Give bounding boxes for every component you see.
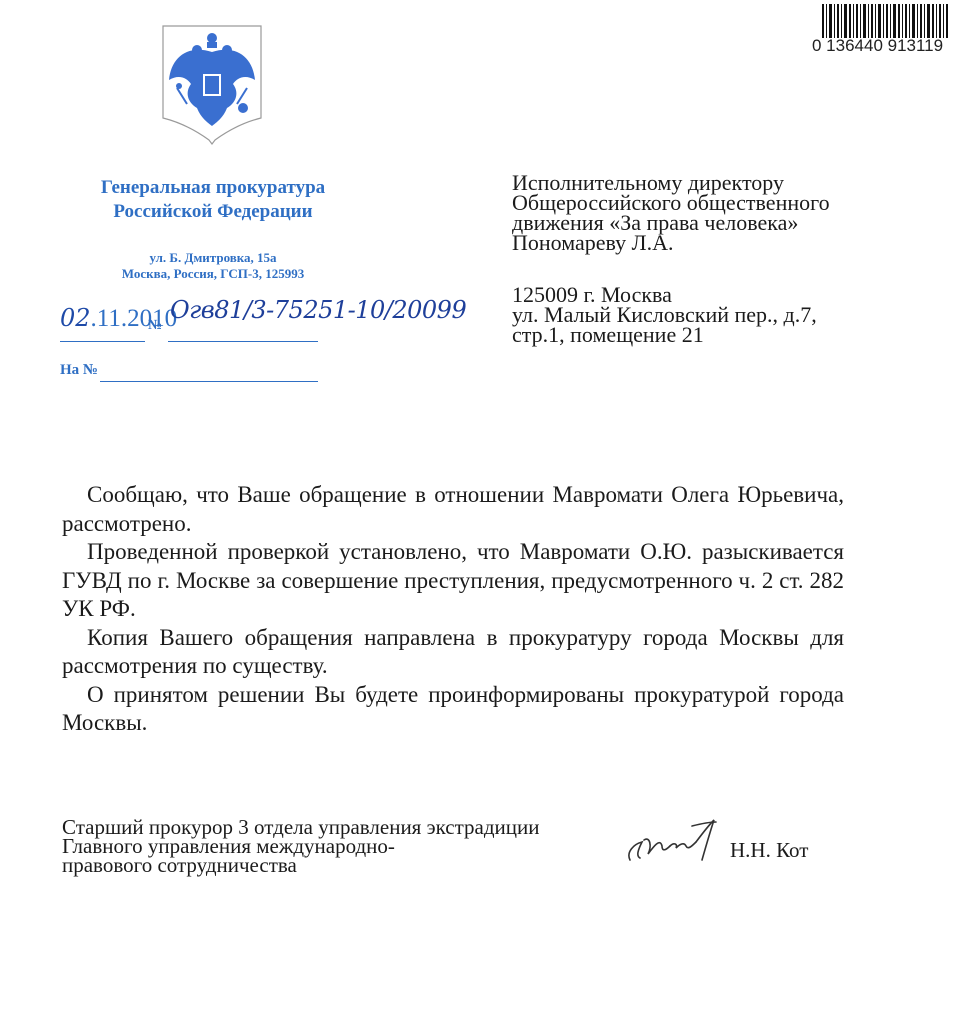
body-paragraph: О принятом решении Вы будете проинформир… <box>62 681 844 738</box>
recipient-block: Исполнительному директору Общероссийског… <box>512 173 830 253</box>
sender-address: ул. Б. Дмитровка, 15а Москва, Россия, ГС… <box>50 250 376 282</box>
org-name-line2: Российской Федерации <box>50 200 376 224</box>
org-name-line1: Генеральная прокуратура <box>50 176 376 200</box>
body-paragraph: Копия Вашего обращения направлена в прок… <box>62 624 844 681</box>
sender-address-line1: ул. Б. Дмитровка, 15а <box>50 250 376 266</box>
date-day-handwritten: 02 <box>60 304 91 332</box>
barcode-number: 0 136440 913119 <box>812 36 943 56</box>
body-paragraph: Сообщаю, что Ваше обращение в отношении … <box>62 481 844 538</box>
signer-name: Н.Н. Кот <box>730 838 808 863</box>
signer-title: Старший прокурор 3 отдела управления экс… <box>62 818 540 875</box>
recipient-address: 125009 г. Москва ул. Малый Кисловский пе… <box>512 285 817 345</box>
number-underline <box>168 341 318 342</box>
sender-address-line2: Москва, Россия, ГСП-3, 125993 <box>50 266 376 282</box>
recipient-line: Пономареву Л.А. <box>512 233 830 253</box>
letter-body: Сообщаю, что Ваше обращение в отношении … <box>62 481 844 738</box>
reply-to-underline <box>100 381 318 382</box>
signer-title-line: правового сотрудничества <box>62 856 540 875</box>
sender-organization: Генеральная прокуратура Российской Федер… <box>50 176 376 224</box>
reply-to-label: На № <box>60 362 98 379</box>
date-printed: .11.2010 <box>91 305 178 332</box>
coat-of-arms-icon <box>157 22 267 146</box>
registration-number: Огв81/3-75251-10/20099 <box>170 296 466 324</box>
body-paragraph: Проведенной проверкой установлено, что М… <box>62 538 844 624</box>
number-label: № <box>148 318 162 334</box>
handwritten-signature-icon <box>622 816 730 866</box>
recipient-address-line: стр.1, помещение 21 <box>512 325 817 345</box>
date-underline <box>60 341 145 342</box>
